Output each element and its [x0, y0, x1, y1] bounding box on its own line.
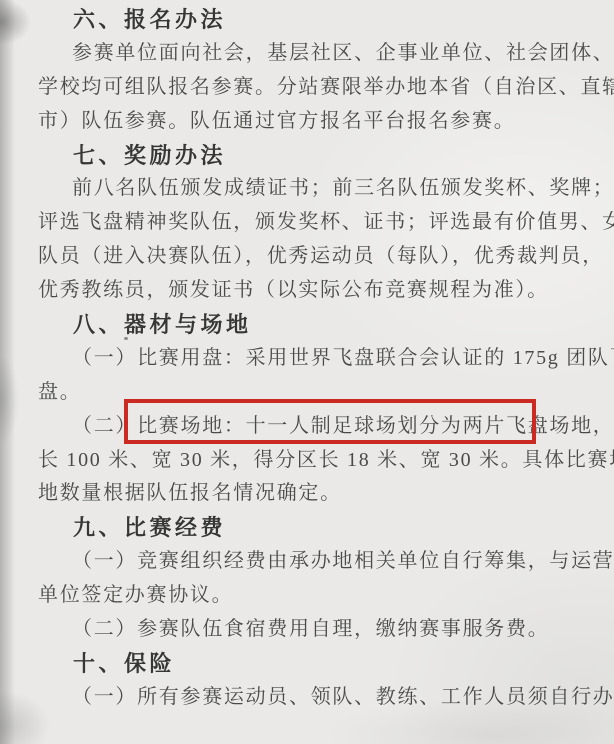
- text-line: 盘。: [38, 376, 560, 410]
- text-line: 优秀教练员，颁发证书（以实际公布竞赛规程为准）。: [38, 274, 560, 308]
- text-line: 参赛单位面向社会，基层社区、企事业单位、社会团体、: [72, 37, 560, 71]
- document-body: 六、报名办法 参赛单位面向社会，基层社区、企事业单位、社会团体、 学校均可组队报…: [38, 3, 560, 715]
- text-line: 市）队伍参赛。队伍通过官方报名平台报名参赛。: [38, 105, 560, 139]
- text-line: （一）比赛用盘：采用世界飞盘联合会认证的 175g 团队飞: [72, 342, 560, 376]
- text-line: 长 100 米、宽 30 米，得分区长 18 米、宽 30 米。具体比赛场: [38, 444, 560, 478]
- text-line: 队员（进入决赛队伍），优秀运动员（每队），优秀裁判员，: [38, 240, 560, 274]
- text-line: 前八名队伍颁发成绩证书；前三名队伍颁发奖杯、奖牌；: [72, 172, 560, 206]
- text-line: 评选飞盘精神奖队伍，颁发奖杯、证书；评选最有价值男、女: [38, 206, 560, 240]
- heading-registration-method: 六、报名办法: [73, 3, 560, 37]
- text-line: 单位签定办赛协议。: [38, 579, 560, 613]
- heading-insurance: 十、保险: [73, 647, 560, 681]
- venue-line-highlighted-text: 比赛场地：十一人制足球场划分为两片飞盘场地，: [137, 415, 614, 437]
- heading-competition-funds: 九、比赛经费: [73, 511, 560, 545]
- scan-artifact-dot: [124, 337, 128, 340]
- text-line-venue: （二）比赛场地：十一人制足球场划分为两片飞盘场地，: [72, 410, 560, 444]
- text-line: （一）竞赛组织经费由承办地相关单位自行筹集，与运营: [72, 545, 560, 579]
- text-line: （二）参赛队伍食宿费用自理，缴纳赛事服务费。: [72, 613, 560, 647]
- heading-award-method: 七、奖励办法: [73, 139, 560, 173]
- scanned-document-page: 六、报名办法 参赛单位面向社会，基层社区、企事业单位、社会团体、 学校均可组队报…: [0, 0, 614, 744]
- text-line: 学校均可组队报名参赛。分站赛限举办地本省（自治区、直辖: [38, 71, 560, 105]
- text-line: （一）所有参赛运动员、领队、教练、工作人员须自行办: [72, 681, 560, 715]
- heading-equipment-venue: 八、器材与场地: [73, 308, 560, 342]
- venue-line-prefix: （二）: [72, 415, 137, 437]
- text-line: 地数量根据队伍报名情况确定。: [38, 477, 560, 511]
